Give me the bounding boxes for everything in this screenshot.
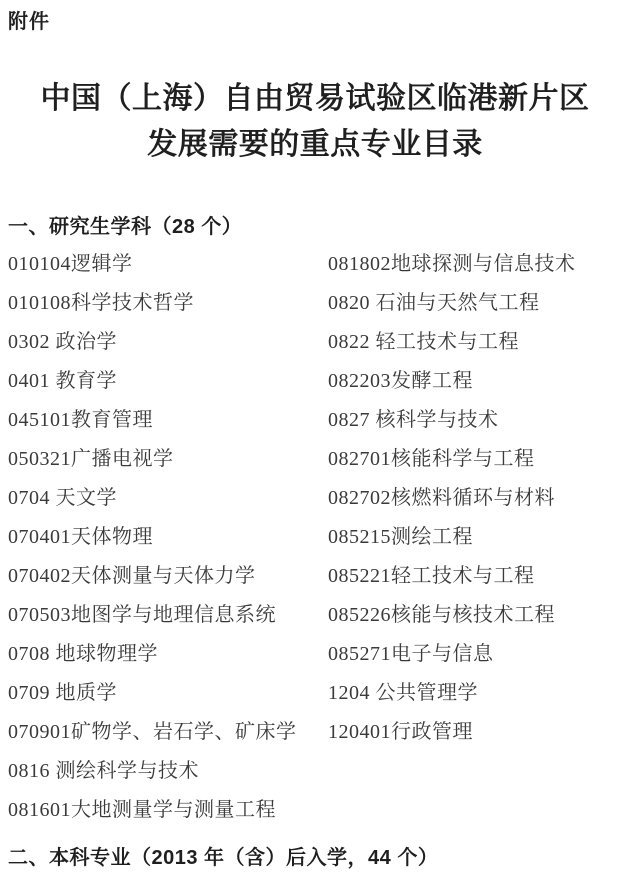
discipline-item: 085215测绘工程 — [328, 518, 576, 557]
discipline-item: 0302 政治学 — [8, 323, 297, 362]
document-title-line1: 中国（上海）自由贸易试验区临港新片区 — [0, 76, 630, 122]
document-title: 中国（上海）自由贸易试验区临港新片区 发展需要的重点专业目录 — [0, 76, 630, 168]
discipline-item: 0816 测绘科学与技术 — [8, 752, 297, 791]
discipline-item: 070402天体测量与天体力学 — [8, 557, 297, 596]
section-heading-undergraduate: 二、本科专业（2013 年（含）后入学，44 个） — [8, 841, 438, 870]
discipline-item: 0704 天文学 — [8, 479, 297, 518]
discipline-item: 120401行政管理 — [328, 713, 576, 752]
discipline-item: 081601大地测量学与测量工程 — [8, 791, 297, 830]
discipline-item: 082701核能科学与工程 — [328, 440, 576, 479]
attachment-label: 附件 — [8, 5, 50, 34]
discipline-item: 085221轻工技术与工程 — [328, 557, 576, 596]
discipline-item: 0820 石油与天然气工程 — [328, 284, 576, 323]
graduate-list-left-column: 010104逻辑学 010108科学技术哲学 0302 政治学 0401 教育学… — [8, 245, 297, 830]
discipline-item: 0827 核科学与技术 — [328, 401, 576, 440]
discipline-item: 045101教育管理 — [8, 401, 297, 440]
document-title-line2: 发展需要的重点专业目录 — [0, 122, 630, 168]
discipline-item: 081802地球探测与信息技术 — [328, 245, 576, 284]
discipline-item: 0709 地质学 — [8, 674, 297, 713]
graduate-list-right-column: 081802地球探测与信息技术 0820 石油与天然气工程 0822 轻工技术与… — [328, 245, 576, 752]
discipline-item: 082702核燃料循环与材料 — [328, 479, 576, 518]
discipline-item: 050321广播电视学 — [8, 440, 297, 479]
discipline-item: 0708 地球物理学 — [8, 635, 297, 674]
discipline-item: 085271电子与信息 — [328, 635, 576, 674]
discipline-item: 1204 公共管理学 — [328, 674, 576, 713]
section-heading-graduate: 一、研究生学科（28 个） — [8, 210, 242, 239]
document-page: 附件 中国（上海）自由贸易试验区临港新片区 发展需要的重点专业目录 一、研究生学… — [0, 0, 630, 892]
discipline-item: 0822 轻工技术与工程 — [328, 323, 576, 362]
discipline-item: 010104逻辑学 — [8, 245, 297, 284]
discipline-item: 070503地图学与地理信息系统 — [8, 596, 297, 635]
discipline-item: 085226核能与核技术工程 — [328, 596, 576, 635]
discipline-item: 082203发酵工程 — [328, 362, 576, 401]
discipline-item: 070901矿物学、岩石学、矿床学 — [8, 713, 297, 752]
discipline-item: 010108科学技术哲学 — [8, 284, 297, 323]
discipline-item: 070401天体物理 — [8, 518, 297, 557]
discipline-item: 0401 教育学 — [8, 362, 297, 401]
